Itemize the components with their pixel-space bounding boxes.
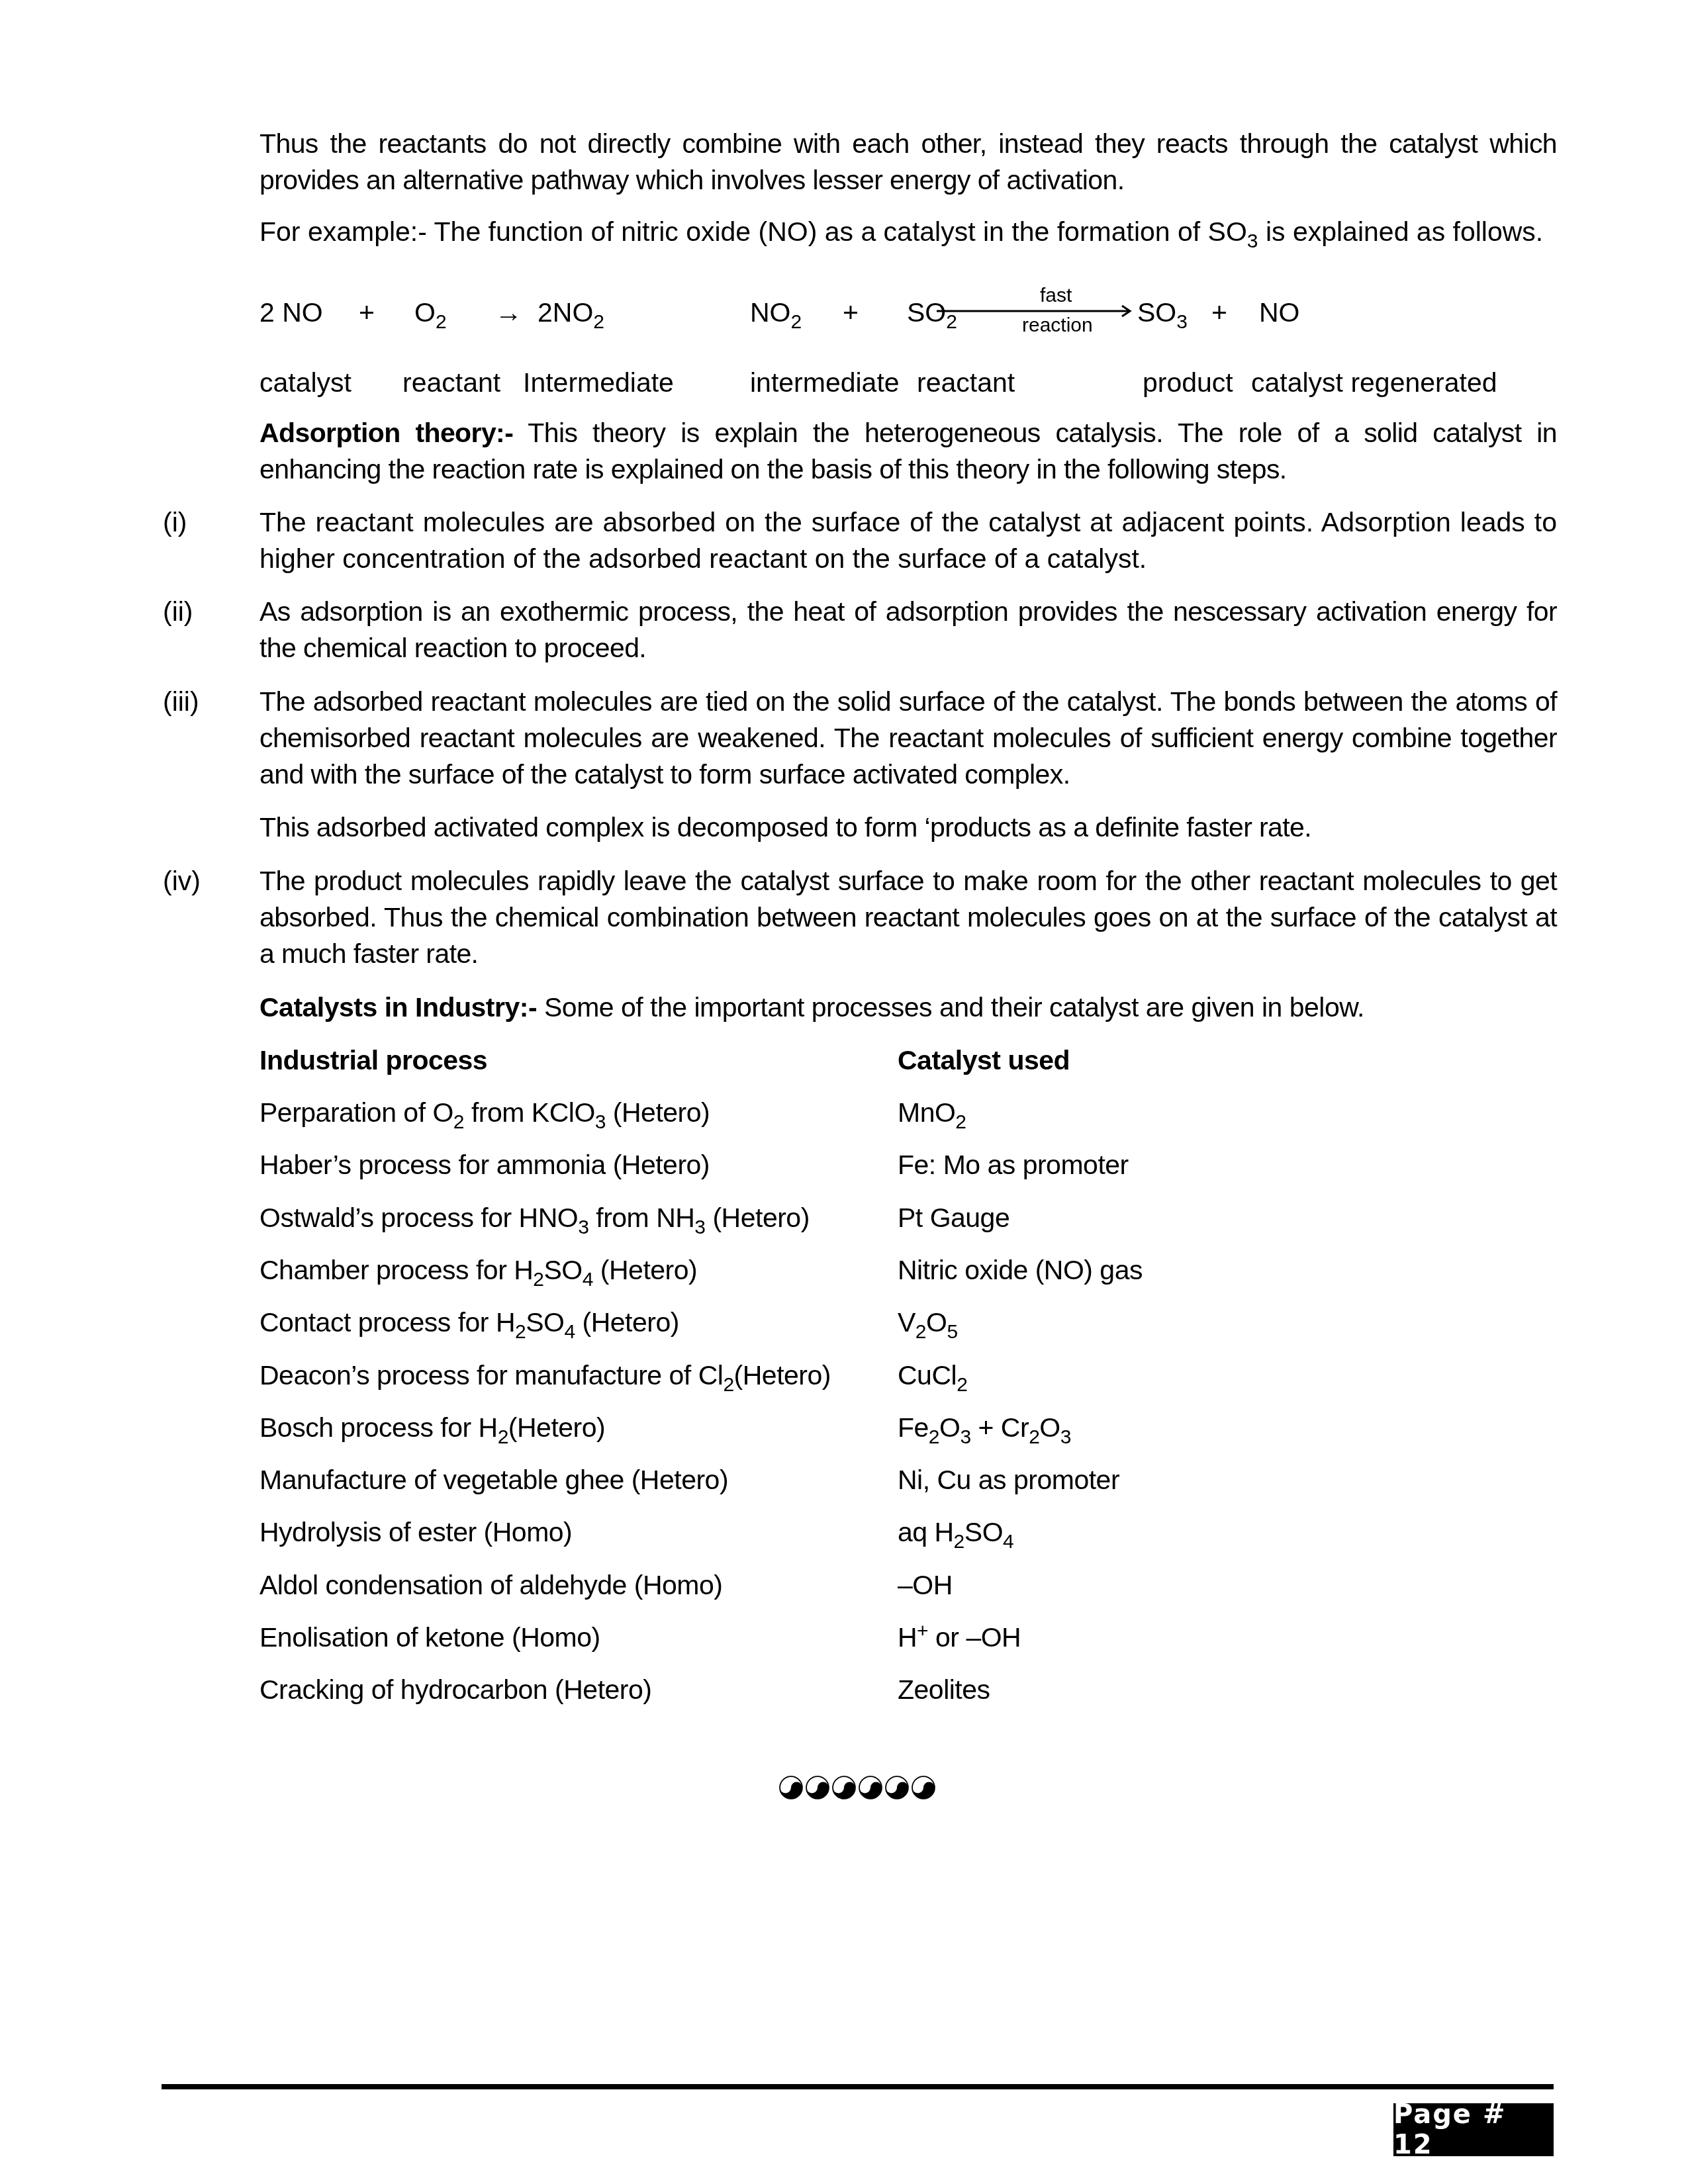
label-reactant: reactant (917, 369, 1015, 396)
table-row-process: Ostwald’s process for HNO3 from NH3 (Het… (259, 1205, 810, 1232)
equation-plus: + (1211, 299, 1227, 326)
adsorption-theory-heading: Adsorption theory:- (259, 418, 513, 448)
equation-reactant-o2: O2 (414, 299, 447, 326)
table-row-catalyst: CuCl2 (898, 1362, 967, 1389)
equation-reactant-no: 2 NO (259, 299, 323, 326)
label-catalyst-regenerated: catalyst regenerated (1251, 369, 1497, 396)
label-catalyst: catalyst (259, 369, 352, 396)
intro-paragraph: Thus the reactants do not directly combi… (259, 126, 1557, 199)
table-row-process: Perparation of O2 from KClO3 (Hetero) (259, 1099, 710, 1126)
yin-yang-icon (832, 1775, 856, 1806)
column-header-catalyst: Catalyst used (898, 1047, 1070, 1074)
page-number-badge: Page # 12 (1393, 2103, 1554, 2156)
step-number: (i) (163, 504, 187, 541)
equation-so3-sub: 3 (1176, 311, 1188, 333)
table-row-catalyst: H+ or –OH (898, 1624, 1021, 1651)
catalysts-industry-text: Some of the important processes and thei… (537, 992, 1364, 1023)
label-product: product (1143, 369, 1233, 396)
equation-no2-sub: 2 (593, 311, 604, 333)
equation-no2: 2NO (538, 297, 593, 328)
equation-o2-sub: 2 (436, 311, 447, 333)
table-row-catalyst: Nitric oxide (NO) gas (898, 1257, 1143, 1284)
table-row-catalyst: Pt Gauge (898, 1205, 1009, 1232)
step-text: As adsorption is an exothermic process, … (259, 594, 1557, 666)
table-row-catalyst: Fe2O3 + Cr2O3 (898, 1414, 1071, 1441)
example-text: For example:- The function of nitric oxi… (259, 216, 1247, 247)
table-row-process: Enolisation of ketone (Homo) (259, 1624, 600, 1651)
equation-product-no: NO (1259, 299, 1300, 326)
equation-arrow-icon: → (495, 299, 522, 326)
example-subscript: 3 (1247, 230, 1258, 252)
equation-o: O (414, 297, 436, 328)
table-row-process: Chamber process for H2SO4 (Hetero) (259, 1257, 697, 1284)
table-row-process: Hydrolysis of ester (Homo) (259, 1519, 572, 1546)
table-row-catalyst: Fe: Mo as promoter (898, 1152, 1129, 1179)
step-text: This adsorbed activated complex is decom… (259, 809, 1557, 846)
example-paragraph: For example:- The function of nitric oxi… (259, 218, 1543, 246)
table-row-catalyst: aq H2SO4 (898, 1519, 1013, 1546)
table-row-process: Bosch process for H2(Hetero) (259, 1414, 605, 1441)
label-intermediate: intermediate (750, 369, 900, 396)
equation-product-so3: SO3 (1137, 299, 1188, 326)
table-row-process: Manufacture of vegetable ghee (Hetero) (259, 1467, 728, 1494)
step-text: The adsorbed reactant molecules are tied… (259, 684, 1557, 793)
step-text: The product molecules rapidly leave the … (259, 863, 1557, 972)
table-row-process: Aldol condensation of aldehyde (Homo) (259, 1572, 722, 1599)
table-row-catalyst: V2O5 (898, 1309, 958, 1336)
yin-yang-icon (779, 1775, 803, 1806)
step-text: The reactant molecules are absorbed on t… (259, 504, 1557, 577)
label-reactant: reactant (402, 369, 500, 396)
table-row-process: Deacon’s process for manufacture of Cl2(… (259, 1362, 831, 1389)
equation-no: NO (750, 297, 791, 328)
table-row-process: Haber’s process for ammonia (Hetero) (259, 1152, 710, 1179)
example-text-suffix: is explained as follows. (1258, 216, 1544, 247)
table-row-process: Cracking of hydrocarbon (Hetero) (259, 1676, 651, 1704)
equation-no-sub: 2 (791, 311, 802, 333)
table-row-catalyst: –OH (898, 1572, 953, 1599)
yin-yang-icon (885, 1775, 909, 1806)
step-number: (ii) (163, 594, 193, 630)
equation-plus: + (359, 299, 375, 326)
table-row-catalyst: Ni, Cu as promoter (898, 1467, 1119, 1494)
step-number: (iv) (163, 863, 201, 899)
equation-reactant-no2: NO2 (750, 299, 802, 326)
table-row-catalyst: MnO2 (898, 1099, 966, 1126)
yin-yang-icon (859, 1775, 882, 1806)
label-intermediate: Intermediate (523, 369, 674, 396)
equation-plus: + (843, 299, 859, 326)
table-row-process: Contact process for H2SO4 (Hetero) (259, 1309, 679, 1336)
yin-yang-icon (912, 1775, 935, 1806)
ornament-divider (779, 1775, 935, 1806)
footer-rule (162, 2084, 1554, 2089)
equation-product-no2: 2NO2 (538, 299, 604, 326)
arrow-label-reaction: reaction (1022, 316, 1093, 336)
catalysts-industry-heading: Catalysts in Industry:- (259, 992, 537, 1023)
yin-yang-icon (806, 1775, 829, 1806)
catalysts-industry-paragraph: Catalysts in Industry:- Some of the impo… (259, 994, 1364, 1021)
column-header-process: Industrial process (259, 1047, 487, 1074)
equation-so3: SO (1137, 297, 1176, 328)
adsorption-theory-paragraph: Adsorption theory:- This theory is expla… (259, 415, 1557, 488)
table-row-catalyst: Zeolites (898, 1676, 990, 1704)
step-number: (iii) (163, 684, 199, 720)
